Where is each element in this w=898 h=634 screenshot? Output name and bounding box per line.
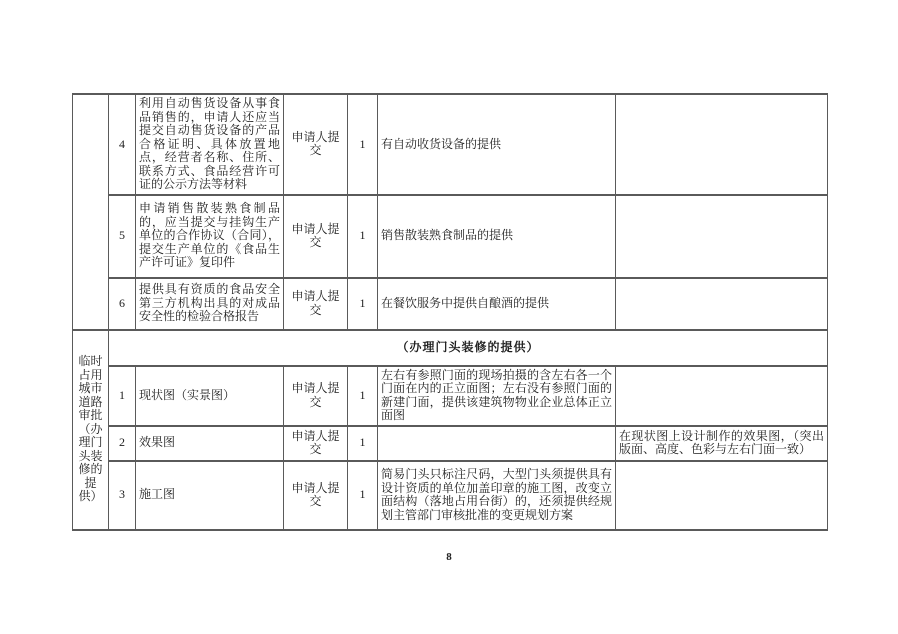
material-name-cell: 申请销售散装熟食制品的，应当提交与挂钩生产单位的合作协议（合同），提交生产单位的… xyxy=(136,195,284,278)
row-number-cell: 5 xyxy=(109,195,136,278)
remark-cell xyxy=(616,94,828,195)
copies-count-cell: 1 xyxy=(348,278,378,330)
submit-method-cell: 申请人提交 xyxy=(284,278,348,330)
remark-cell xyxy=(616,461,828,530)
material-name-cell: 现状图（实景图） xyxy=(136,366,284,426)
table-row: 6 提供具有资质的食品安全第三方机构出具的对成品安全性的检验合格报告 申请人提交… xyxy=(73,278,828,330)
section-header: （办理门头装修的提供） xyxy=(109,330,828,366)
table-row: 1 现状图（实景图） 申请人提交 1 左右有参照门面的现场拍摄的含左右各一个门面… xyxy=(73,366,828,426)
remark-cell xyxy=(616,278,828,330)
section-header-row: 临时 占用 城市 道路 审批 （办 理门 头装 修的 提供） （办理门头装修的提… xyxy=(73,330,828,366)
row-number-cell: 1 xyxy=(109,366,136,426)
item-name-sidebar: 临时 占用 城市 道路 审批 （办 理门 头装 修的 提供） xyxy=(73,330,109,530)
remark-cell: 在现状图上设计制作的效果图，（突出版面、高度、色彩与左右门面一致） xyxy=(616,426,828,461)
row-number-cell: 6 xyxy=(109,278,136,330)
material-name-cell: 施工图 xyxy=(136,461,284,530)
document-page: 4 利用自动售货设备从事食品销售的，申请人还应当提交自动售货设备的产品合格证明、… xyxy=(0,0,898,634)
description-cell: 左右有参照门面的现场拍摄的含左右各一个门面在内的正立面图；左右没有参照门面的新建… xyxy=(378,366,616,426)
material-name-cell: 提供具有资质的食品安全第三方机构出具的对成品安全性的检验合格报告 xyxy=(136,278,284,330)
copies-count-cell: 1 xyxy=(348,461,378,530)
row-number-cell: 3 xyxy=(109,461,136,530)
table-row: 5 申请销售散装熟食制品的，应当提交与挂钩生产单位的合作协议（合同），提交生产单… xyxy=(73,195,828,278)
table-row: 2 效果图 申请人提交 1 在现状图上设计制作的效果图，（突出版面、高度、色彩与… xyxy=(73,426,828,461)
row-number-cell: 4 xyxy=(109,94,136,195)
material-name-cell: 利用自动售货设备从事食品销售的，申请人还应当提交自动售货设备的产品合格证明、具体… xyxy=(136,94,284,195)
copies-count-cell: 1 xyxy=(348,366,378,426)
submit-method-cell: 申请人提交 xyxy=(284,195,348,278)
remark-cell xyxy=(616,195,828,278)
material-name-cell: 效果图 xyxy=(136,426,284,461)
description-cell: 有自动收货设备的提供 xyxy=(378,94,616,195)
item-name-sidebar-empty xyxy=(73,94,109,330)
table-row: 4 利用自动售货设备从事食品销售的，申请人还应当提交自动售货设备的产品合格证明、… xyxy=(73,94,828,195)
materials-table: 4 利用自动售货设备从事食品销售的，申请人还应当提交自动售货设备的产品合格证明、… xyxy=(72,93,828,531)
copies-count-cell: 1 xyxy=(348,195,378,278)
copies-count-cell: 1 xyxy=(348,94,378,195)
submit-method-cell: 申请人提交 xyxy=(284,366,348,426)
description-cell: 简易门头只标注尺码，大型门头须提供具有设计资质的单位加盖印章的施工图，改变立面结… xyxy=(378,461,616,530)
description-cell: 销售散装熟食制品的提供 xyxy=(378,195,616,278)
description-cell xyxy=(378,426,616,461)
page-number: 8 xyxy=(0,551,898,563)
submit-method-cell: 申请人提交 xyxy=(284,461,348,530)
submit-method-cell: 申请人提交 xyxy=(284,426,348,461)
copies-count-cell: 1 xyxy=(348,426,378,461)
description-cell: 在餐饮服务中提供自酿酒的提供 xyxy=(378,278,616,330)
table-row: 3 施工图 申请人提交 1 简易门头只标注尺码，大型门头须提供具有设计资质的单位… xyxy=(73,461,828,530)
row-number-cell: 2 xyxy=(109,426,136,461)
remark-cell xyxy=(616,366,828,426)
submit-method-cell: 申请人提交 xyxy=(284,94,348,195)
